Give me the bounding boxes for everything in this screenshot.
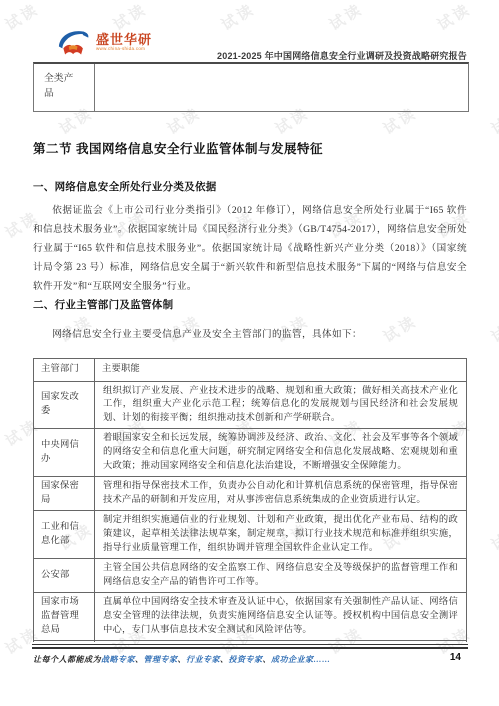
carryover-table-label: 全类产品 — [34, 64, 95, 111]
footer-highlight: 投资专家 — [229, 655, 263, 664]
section1-title: 一、网络信息安全所处行业分类及依据 — [33, 179, 217, 194]
table-row: 公安部主管全国公共信息网络的安全监察工作、网络信息安全及等级保护的监督管理工作和… — [34, 559, 467, 593]
table-row: 国家发改委组织拟订产业发展、产业技术进步的战略、规划和重大政策；做好相关高技术产… — [34, 381, 467, 429]
dept-cell: 中央网信办 — [34, 429, 95, 477]
page-footer: 让每个人都能成为战略专家、管理专家、行业专家、投资专家、成功企业家…… — [33, 654, 467, 665]
footer-highlight: 管理专家 — [144, 655, 178, 664]
table-row: 国家市场监督管理总局直属单位中国网络安全技术审查及认证中心，依据国家有关强制性产… — [34, 593, 467, 641]
dept-cell: 中国软件 — [34, 641, 95, 642]
footer-slogan: 让每个人都能成为战略专家、管理专家、行业专家、投资专家、成功企业家…… — [33, 654, 331, 665]
logo-website-url: www.china-shida.com — [96, 46, 152, 52]
table-page-cut-rule — [32, 644, 468, 649]
section2-paragraph: 网络信息安全行业主要受信息产业及安全主管部门的监管，具体如下： — [33, 325, 467, 344]
report-title: 2021-2025 年中国网络信息安全行业调研及投资战略研究报告 — [217, 49, 467, 62]
column-header-dept: 主管部门 — [34, 359, 95, 382]
table-row: 中国软件通过市场调查、信息交流、咨询评估、行业自律、知识产权保护、政策研究等方面… — [34, 641, 467, 642]
duty-cell: 主管全国公共信息网络的安全监察工作、网络信息安全及等级保护的监督管理工作和网络信… — [95, 559, 467, 593]
carryover-table: 全类产品 — [33, 62, 469, 112]
regulators-table-body: 主管部门主要职能国家发改委组织拟订产业发展、产业技术进步的战略、规划和重大政策；… — [34, 359, 467, 643]
dept-cell: 国家发改委 — [34, 381, 95, 429]
duty-cell: 组织拟订产业发展、产业技术进步的战略、规划和重大政策；做好相关高技术产业化工作，… — [95, 381, 467, 429]
column-header-duty: 主要职能 — [95, 359, 467, 382]
duty-cell: 通过市场调查、信息交流、咨询评估、行业自律、知识产权保护、政策研究等方面的 — [95, 641, 467, 642]
table-row: 国家保密局管理和指导保密技术工作，负责办公自动化和计算机信息系统的保密管理，指导… — [34, 477, 467, 511]
table-row: 工业和信息化部制定并组织实施通信业的行业规划、计划和产业政策，提出优化产业布局、… — [34, 511, 467, 559]
regulators-table: 主管部门主要职能国家发改委组织拟订产业发展、产业技术进步的战略、规划和重大政策；… — [33, 358, 467, 642]
dept-cell: 国家市场监督管理总局 — [34, 593, 95, 641]
carryover-table-empty-cell — [95, 64, 468, 111]
dept-cell: 工业和信息化部 — [34, 511, 95, 559]
footer-highlight: 行业专家 — [186, 655, 220, 664]
duty-cell: 制定并组织实施通信业的行业规划、计划和产业政策，提出优化产业布局、结构的政策建议… — [95, 511, 467, 559]
chapter-title: 第二节 我国网络信息安全行业监管体制与发展特征 — [33, 139, 323, 157]
document-page: 试读试读试读试读试读试读试读试读试读试读试读试读试读试读试读试读试读试读试读试读… — [0, 0, 499, 706]
footer-highlight: 战略专家 — [101, 655, 135, 664]
duty-cell: 直属单位中国网络安全技术审查及认证中心，依据国家有关强制性产品认证、网络信息安全… — [95, 593, 467, 641]
company-logo: 盛世华研 www.china-shida.com — [56, 27, 166, 63]
duty-cell: 管理和指导保密技术工作，负责办公自动化和计算机信息系统的保密管理，指导保密技术产… — [95, 477, 467, 511]
logo-company-name: 盛世华研 — [96, 33, 152, 46]
footer-highlight: 成功企业家…… — [271, 655, 331, 664]
dept-cell: 公安部 — [34, 559, 95, 593]
table-header-row: 主管部门主要职能 — [34, 359, 467, 382]
logo-icon — [56, 27, 92, 59]
page-number: 14 — [450, 652, 461, 663]
table-row: 中央网信办着眼国家安全和长远发展，统筹协调涉及经济、政治、文化、社会及军事等各个… — [34, 429, 467, 477]
section1-paragraph: 依据证监会《上市公司行业分类指引》（2012 年修订），网络信息安全所处行业属于… — [33, 201, 467, 296]
duty-cell: 着眼国家安全和长远发展，统筹协调涉及经济、政治、文化、社会及军事等各个领域的网络… — [95, 429, 467, 477]
section2-title: 二、行业主管部门及监管体制 — [33, 297, 173, 312]
dept-cell: 国家保密局 — [34, 477, 95, 511]
